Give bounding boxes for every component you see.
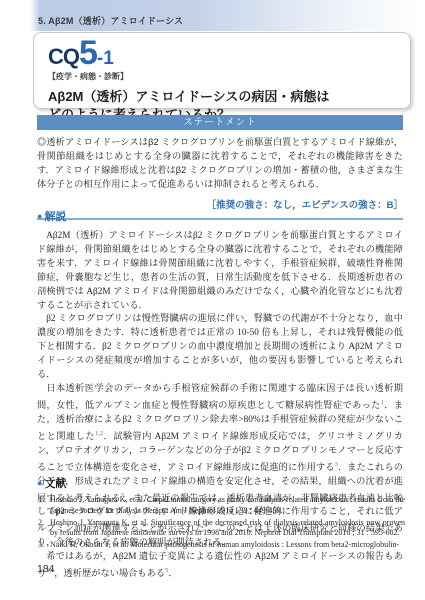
commentary-heading: ●解説 <box>37 212 403 223</box>
section-bullet-icon: ● <box>37 211 42 221</box>
references-section: ●文献 1.Hoshino J, Yamagata K, et al. Carp… <box>37 479 405 552</box>
commentary-paragraph-1: Aβ2M（透析）アミロイドーシスはβ2 ミクログロブリンを前駆蛋白質とするアミロ… <box>37 229 403 312</box>
commentary-paragraph-2: β2 ミクログロブリンは慢性腎臓病の進展に伴い，腎臓での代謝が不十分となり，血中… <box>37 312 403 382</box>
cq-identifier: CQ5-1 <box>48 36 410 70</box>
statement-header-bar: ステートメント <box>37 115 403 130</box>
references-heading: ●文献 <box>37 479 405 490</box>
commentary-paragraph-4: 希ではあるが，Aβ2M 遺伝子変異による遺伝性の Aβ2M アミロイドーシスの報… <box>37 550 403 581</box>
reference-list: 1.Hoshino J, Yamagata K, et al. Carpal t… <box>37 495 405 551</box>
references-heading-label: 文献 <box>44 478 66 490</box>
reference-number: 3. <box>38 540 44 551</box>
reference-text: Hoshino J, Yamagata K, et al. Carpal tun… <box>50 495 405 515</box>
cq-sub-number: -1 <box>97 48 114 69</box>
cq-number: 5 <box>79 34 97 72</box>
reference-item: 2.Hoshino J, Yamagata K, et al. Signific… <box>37 518 405 540</box>
running-header: 5. Aβ2M（透析）アミロイドーシス <box>38 14 183 27</box>
section-bullet-icon: ● <box>37 478 42 488</box>
reference-text: Naiki H, Okoshi T, et al. Molecular path… <box>50 540 399 549</box>
cq-label: CQ <box>48 44 79 69</box>
cq-category-label: 【疫学・病態・診断】 <box>48 71 410 82</box>
reference-item: 1.Hoshino J, Yamagata K, et al. Carpal t… <box>37 495 405 517</box>
statement-section: ステートメント ◎透析アミロイドーシスはβ2 ミクログロブリンを前駆蛋白質とする… <box>37 115 403 220</box>
reference-number: 2. <box>38 518 44 529</box>
cq-question-line1: Aβ2M（透析）アミロイドーシスの病因・病態は <box>48 88 410 106</box>
recommendation-strength-label: ［推奨の強さ：なし，エビデンスの強さ：B］ <box>37 197 403 211</box>
reference-item: 3.Naiki H, Okoshi T, et al. Molecular pa… <box>37 540 405 551</box>
commentary-heading-label: 解説 <box>44 211 66 223</box>
reference-number: 1. <box>38 495 44 506</box>
page-number: 184 <box>37 563 55 575</box>
reference-text: Hoshino J, Yamagata K, et al. Significan… <box>50 518 405 538</box>
statement-body-text: ◎透析アミロイドーシスはβ2 ミクログロブリンを前駆蛋白質とするアミロイド線維が… <box>37 136 403 192</box>
cq-box: CQ5-1 【疫学・病態・診断】 Aβ2M（透析）アミロイドーシスの病因・病態は… <box>33 32 411 109</box>
